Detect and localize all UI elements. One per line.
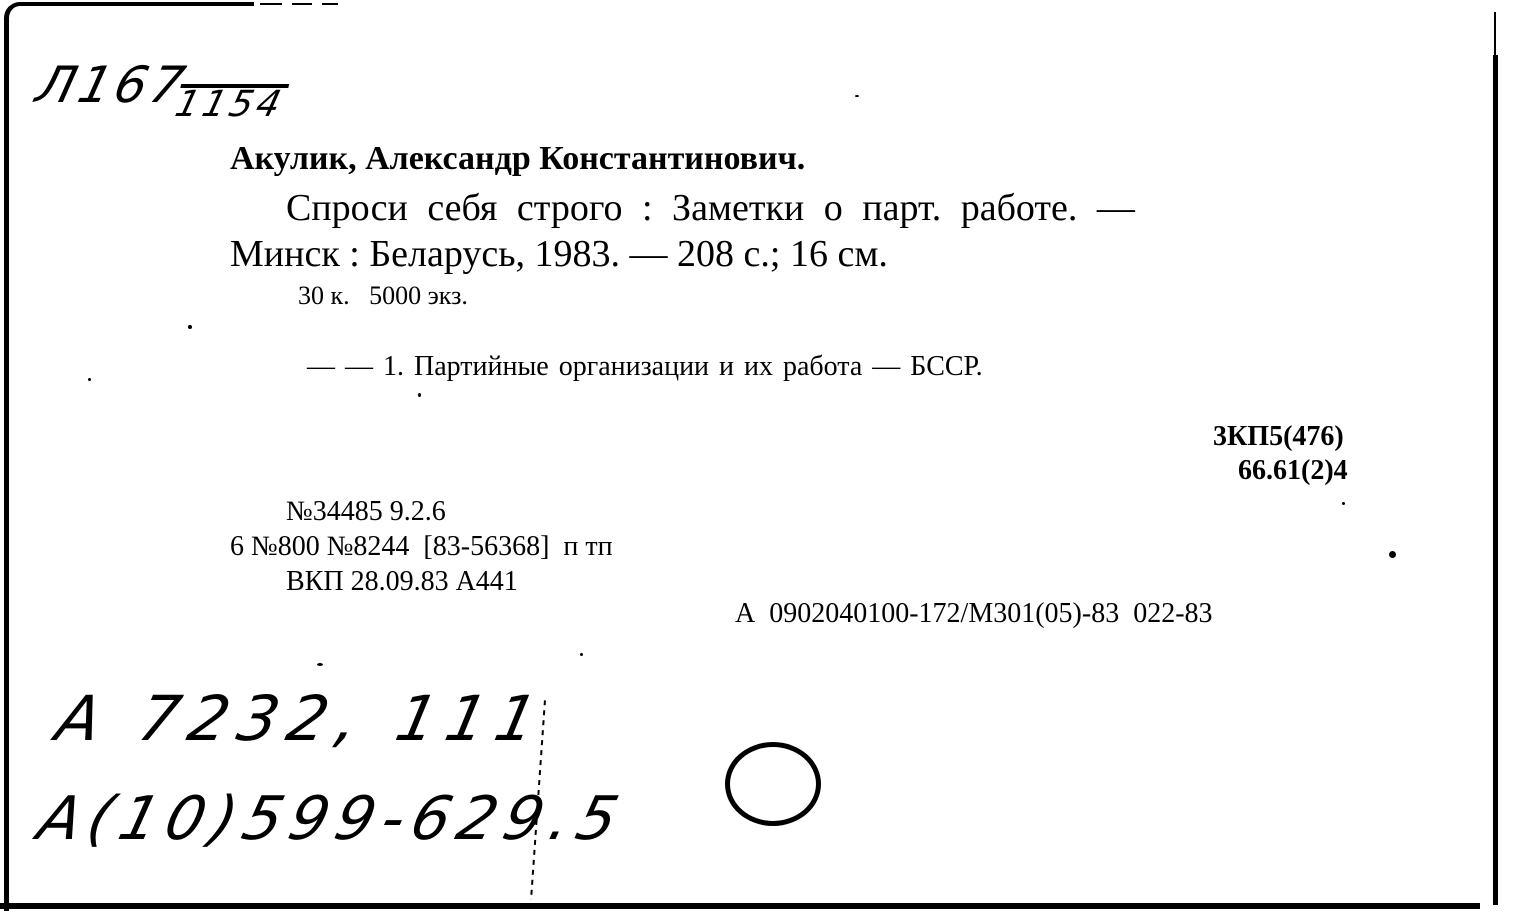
technical-line: ВКП 28.09.83 А441 <box>286 568 518 596</box>
speck <box>188 325 192 329</box>
speck <box>317 663 323 666</box>
speck <box>418 393 421 397</box>
speck <box>1389 551 1396 558</box>
card-border-top-dash <box>260 3 282 5</box>
card-border-top <box>24 2 254 6</box>
handwritten-call-number-sub: 1154 <box>172 84 289 122</box>
speck <box>580 653 583 656</box>
card-border-top-dash <box>292 3 312 5</box>
card-border-left <box>4 18 9 911</box>
classification-code: 66.61(2)4 <box>1238 457 1348 485</box>
card-border-right <box>1493 55 1498 905</box>
catalog-card: Л1671154 Акулик, Александр Константинови… <box>0 0 1513 911</box>
card-border-right-top <box>1494 12 1496 57</box>
subject-tracing: — — 1. Партийные организации и их работа… <box>307 353 983 381</box>
title-statement: Спроси себя строго : Заметки о парт. раб… <box>286 189 1135 227</box>
speck <box>88 378 91 381</box>
handwritten-inventory-number: А(10)599-629.5 <box>31 784 633 854</box>
card-border-bottom <box>0 903 1480 909</box>
price-and-print-run: 30 к. 5000 экз. <box>298 283 468 309</box>
author-heading: Акулик, Александр Константинович. <box>230 142 805 176</box>
classification-code: 3КП5(476) <box>1213 423 1344 451</box>
publisher-code-line: А 0902040100-172/М301(05)-83 022-83 <box>735 600 1213 628</box>
technical-line: №34485 9.2.6 <box>286 498 446 526</box>
speck <box>855 95 859 97</box>
handwritten-call-number-main: Л167 <box>31 56 195 114</box>
publication-statement: Минск : Беларусь, 1983. — 208 с.; 16 см. <box>230 235 888 273</box>
card-border-top-dash <box>322 3 338 5</box>
circle-mark-icon <box>725 742 821 826</box>
technical-line: 6 №800 №8244 [83-56368] п тп <box>230 533 613 561</box>
handwritten-call-number: Л1671154 <box>31 56 296 114</box>
handwritten-inventory-number: А 7232, 111 <box>50 682 553 755</box>
speck <box>1342 502 1345 505</box>
